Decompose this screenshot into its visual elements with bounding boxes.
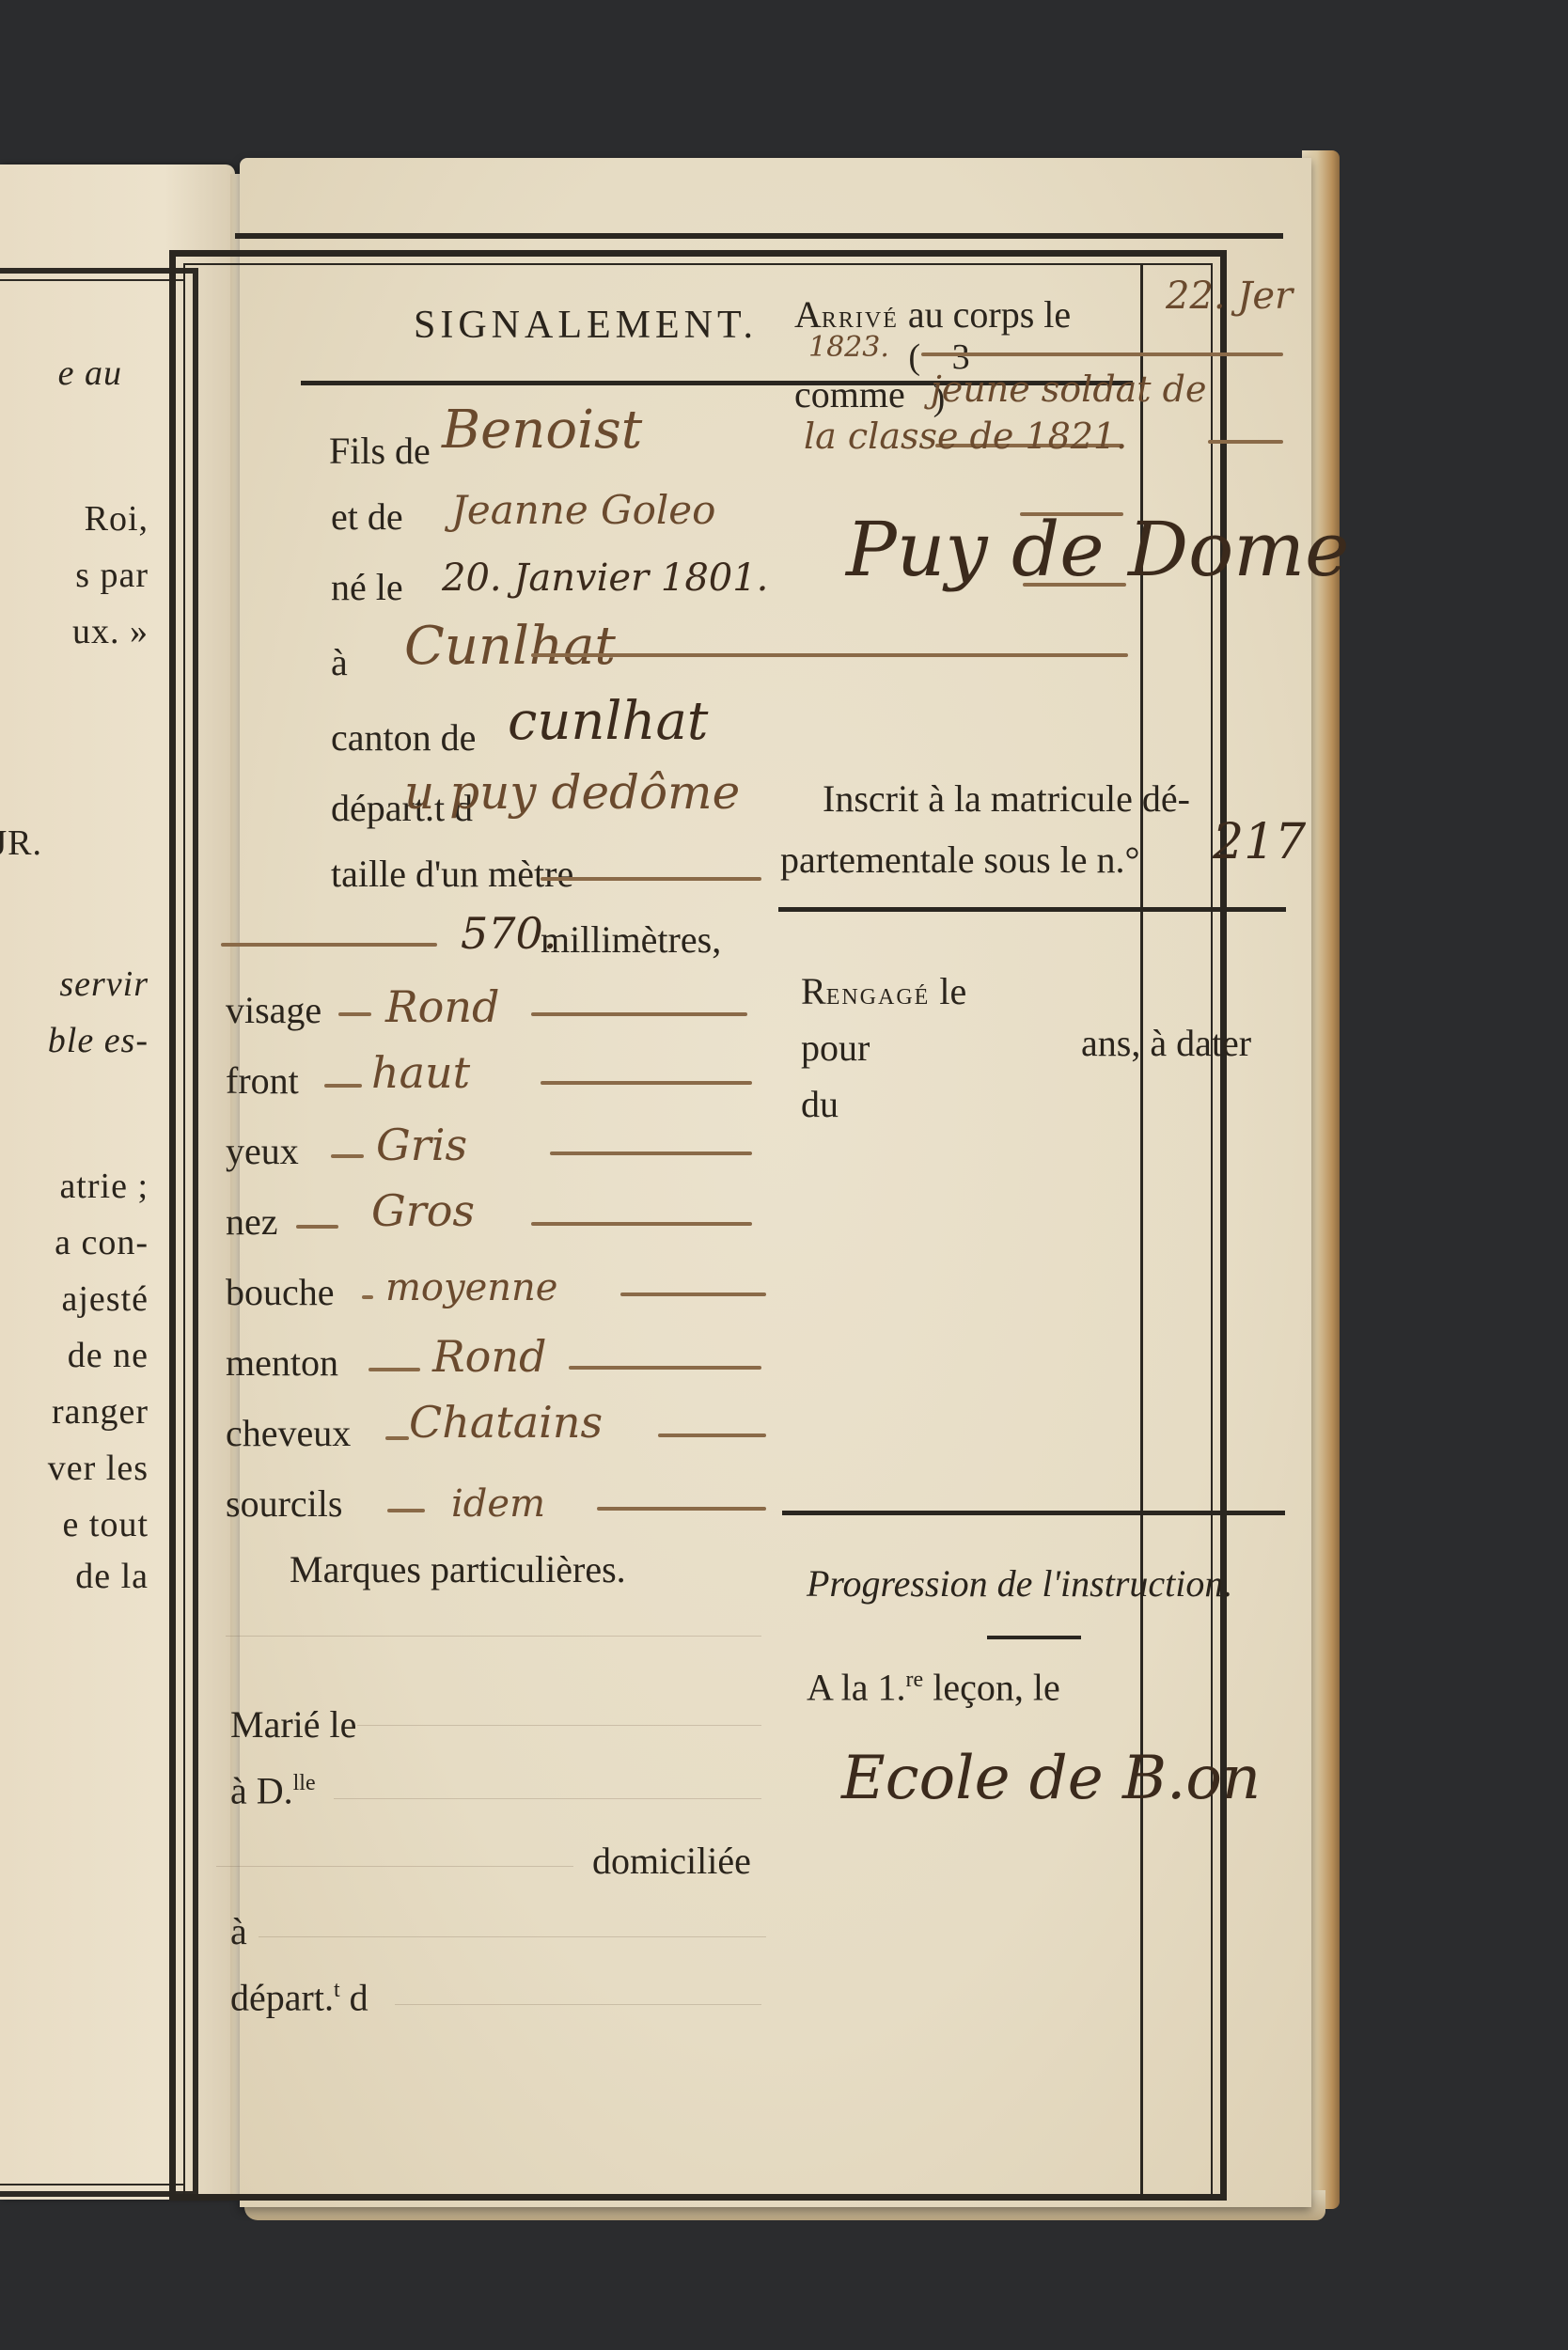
a2-label: à [230,1913,247,1950]
yeux-value: Gris [376,1123,467,1167]
left-line: de ne [68,1335,149,1376]
fils-de-value: Benoist [442,404,642,457]
matricule-line2: partementale sous le n.° [780,841,1140,879]
bouche-value: moyenne [385,1269,557,1307]
a-label: à [331,644,348,681]
visage-label: visage [226,992,321,1029]
canton-label: canton de [331,719,476,757]
left-line: ble es- [48,1020,149,1061]
cheveux-label: cheveux [226,1415,351,1452]
top-border [235,233,1283,239]
a-value: Cunlhat [404,620,616,673]
matricule-line1: Inscrit à la matricule dé- [823,780,1190,818]
ne-le-label: né le [331,569,403,606]
du-label: du [801,1086,839,1123]
instruction-signature: Ecole de B.on [841,1748,1261,1809]
marie-le-label: Marié le [230,1706,356,1744]
depart-value: u puy dedôme [404,769,740,816]
visage-value: Rond [385,985,499,1028]
bouche-label: bouche [226,1274,335,1311]
comme-value-line1: jeune soldat de [931,371,1206,407]
nez-value: Gros [371,1189,475,1232]
department-signature: Puy de Dome [846,512,1349,587]
instruction-rule [782,1511,1285,1515]
sourcils-value: idem [451,1485,545,1523]
left-line: atrie ; [59,1166,149,1207]
marques-label: Marques particulières. [290,1551,626,1589]
menton-label: menton [226,1344,338,1382]
ans-label: ans, à dater [1081,1025,1251,1062]
left-line: e tout [63,1504,149,1545]
arrive-label: Arrivé au corps le [794,296,1071,334]
canton-value: cunlhat [508,696,708,748]
et-de-value: Jeanne Goleo [451,491,715,530]
lecon-label: A la 1.re leçon, le [807,1668,1060,1706]
instruction-title: Progression de l'instruction. [807,1565,1232,1603]
taille-label: taille d'un mètre [331,855,573,893]
yeux-label: yeux [226,1133,299,1170]
front-label: front [226,1062,299,1100]
front-value: haut [371,1051,470,1094]
fils-de-label: Fils de [329,432,431,470]
comme-value-line2: la classe de 1821. [804,418,1127,454]
left-line: e au [58,352,122,394]
ne-le-value: 20. Janvier 1801. [442,559,768,597]
depart2-label: départ.t d [230,1979,368,2016]
menton-value: Rond [432,1335,546,1378]
rengage-rule [778,907,1286,912]
arrive-date-value: 22. Jer [1166,277,1293,315]
pour-label: pour [801,1029,870,1067]
sourcils-label: sourcils [226,1485,342,1523]
comme-label: comme [794,376,905,414]
left-line: servir [59,963,149,1005]
instruction-short-rule [987,1636,1081,1639]
millimetres-label: millimètres, [541,921,721,959]
arrive-year-value: 1823. [808,334,889,362]
left-line: ux. » [72,611,149,652]
left-line: JR. [0,822,42,864]
et-de-label: et de [331,498,403,536]
a-demoiselle-label: à D.lle [230,1772,316,1809]
nez-label: nez [226,1203,278,1241]
rengage-label: Rengagé le [801,973,966,1010]
domiciliee-label: domiciliée [592,1842,751,1880]
cheveux-value: Chatains [409,1401,603,1444]
left-line: a con- [55,1222,149,1263]
left-line: Roi, [85,498,149,540]
left-line: ver les [48,1448,149,1489]
left-line: s par [75,555,149,596]
left-line: ajesté [61,1278,149,1320]
signalement-title: SIGNALEMENT. [414,305,758,345]
left-line: de la [75,1556,149,1597]
matricule-number: 217 [1213,818,1306,867]
left-line: ranger [52,1391,149,1433]
